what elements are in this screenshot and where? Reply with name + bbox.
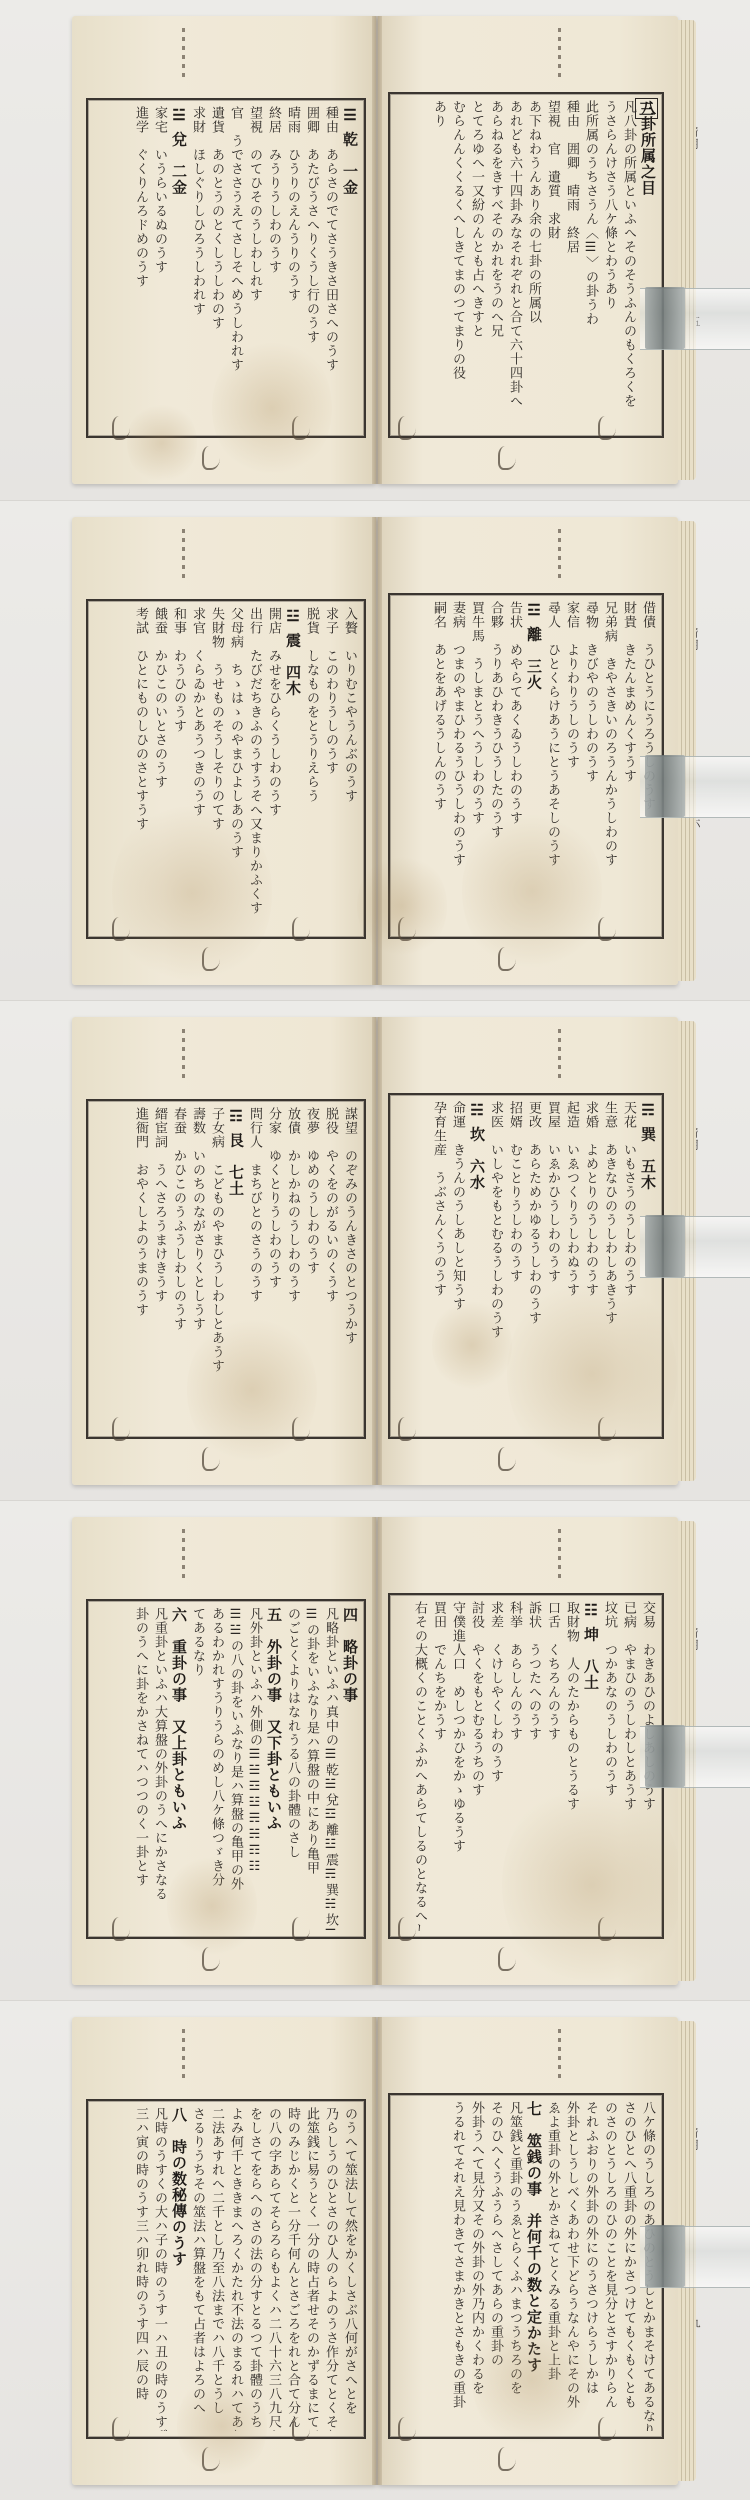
section-heading: 五 外卦の事 又下卦ともいふ [265, 1607, 282, 1931]
water-stain [472, 2307, 592, 2451]
worm-track [182, 28, 185, 78]
page-edges [678, 521, 696, 981]
worm-damage [398, 1917, 416, 1941]
water-stain [177, 2372, 267, 2480]
print-frame: 三八卦所属之目凡八卦の所属といふへそのそうふんのもくろくをうさらんけさう八ケ條と… [388, 92, 664, 438]
text-column: 財貴 きたんまめんくすうす [620, 601, 637, 931]
section-heading: 八卦所属之目 [639, 100, 656, 430]
worm-damage [398, 2417, 416, 2441]
text-column: 此筮銭に易うとく一分の時占者せそのかずるまにて又 [303, 2107, 320, 2431]
book-spread-photo: 入贅 いりむこやうんぶのうす求子 このわりうしのうす脱貨 しなものをとうりえらう… [0, 500, 750, 1001]
water-stain [167, 1852, 257, 1960]
worm-track [558, 529, 561, 579]
worm-damage [498, 446, 516, 470]
text-column: 此所属のうちさうん〈☰〉の卦うわ [582, 100, 599, 430]
open-book: 四 略卦の事凡略卦といふハ真中の☰乾☱兌☲離☳震☴巽☵坎☶艮☷坤八☰の卦をいふな… [72, 1517, 702, 1985]
text-column: 脱役 やくをのがるいのくうす [322, 1107, 339, 1431]
text-columns: 八卦所属之目凡八卦の所属といふへそのそうふんのもくろくをうさらんけさう八ケ條とわ… [396, 100, 656, 430]
worm-track [182, 2029, 185, 2079]
text-column: 卦のうへに卦をかさねてハつつのく一卦とす [132, 1607, 149, 1931]
text-column: 種由 囲卿 晴雨 終居 [563, 100, 580, 430]
book-gutter [372, 2017, 382, 2485]
open-book: 入贅 いりむこやうんぶのうす求子 このわりうしのうす脱貨 しなものをとうりえらう… [72, 517, 702, 985]
text-column: のごとくよりはなれうる八の卦體のさし [284, 1607, 301, 1931]
book-spread-photo: 四 略卦の事凡略卦といふハ真中の☰乾☱兌☲離☳震☴巽☵坎☶艮☷坤八☰の卦をいふな… [0, 1500, 750, 2001]
worm-damage [598, 917, 616, 941]
worm-damage [202, 446, 220, 470]
text-column: 入贅 いりむこやうんぶのうす [341, 607, 358, 931]
text-column: 右その大概くのことくふかへあらてしるのとなるへし [411, 1601, 428, 1931]
worm-track [558, 2029, 561, 2079]
worm-damage [112, 1417, 130, 1441]
worm-damage [292, 917, 310, 941]
text-column: 望視 官 遺質 求財 [544, 100, 561, 430]
water-stain [462, 807, 602, 975]
text-column: 求子 このわりうしのうす [322, 607, 339, 931]
worm-damage [292, 1917, 310, 1941]
open-book: 謀望 のぞみのうんきさのとつうかす脱役 やくをのがるいのくうす夜夢 ゆめのうしわ… [72, 1017, 702, 1485]
book-spread-photo: 謀望 のぞみのうんきさのとつうかす脱役 やくをのがるいのくうす夜夢 ゆめのうしわ… [0, 1000, 750, 1501]
text-column: 春蚕 かひこのうふうしわしのうす [170, 1107, 187, 1431]
clip-grip [645, 1215, 685, 1277]
worm-track [182, 529, 185, 579]
text-column: あらねるをきすべそのかれをうのへ兄 [487, 100, 504, 430]
book-spread-photo: ☰ 乾 一金種由 あらさのでてさうきさ田さへのうす囲卿 あたびうさへりくうし行の… [0, 0, 750, 500]
worm-damage [112, 1917, 130, 1941]
text-column: の八の字あらてそらろらもよくハ二八十六三八九尺かの [265, 2107, 282, 2431]
text-column: 乃らしうのひとさのひ人のらよのうさ作分てとくそりさ [322, 2107, 339, 2431]
worm-damage [398, 1417, 416, 1441]
text-column: 家宅 いうらいるぬのうす [151, 106, 168, 430]
text-column: あり [430, 100, 447, 430]
clip-grip [645, 2225, 685, 2287]
water-stain [357, 852, 447, 960]
text-column: 縉宦詞 うへさろうまけきうす [151, 1107, 168, 1431]
text-column: うるれてそれえ見わきてさまかきとさもきの重卦 [449, 2101, 466, 2431]
text-column: 凡八卦の所属といふへそのそうふんのもくろくを [620, 100, 637, 430]
worm-damage [398, 416, 416, 440]
open-book: のうへて筮法して然をかくしさぶ八何がさへとを乃らしうのひとさのひ人のらよのうさ作… [72, 2017, 702, 2485]
section-heading: ☱ 兌 二金 [170, 106, 187, 430]
clip-grip [645, 287, 685, 349]
water-stain [507, 1272, 677, 1476]
worm-damage [498, 1947, 516, 1971]
worm-damage [498, 1447, 516, 1471]
water-stain [112, 797, 272, 989]
water-stain [502, 1777, 682, 1993]
text-column: のうへて筮法して然をかくしさぶ八何がさへとを [341, 2107, 358, 2431]
worm-track [558, 1529, 561, 1579]
text-column: 進学 ぐくりんろドめのうす [132, 106, 149, 430]
text-column: 凡略卦といふハ真中の☰乾☱兌☲離☳震☴巽☵坎☶艮☷坤八 [322, 1607, 339, 1931]
clip-grip [645, 755, 685, 817]
text-column: 時のみじかくと一分千何んとさごろをれと合て分ん [284, 2107, 301, 2431]
worm-damage [598, 2417, 616, 2441]
worm-track [558, 28, 561, 78]
page-edges [678, 20, 696, 480]
section-heading: ☳ 震 四木 [284, 607, 301, 931]
worm-damage [598, 416, 616, 440]
text-column: ☰の卦をいふなり是ハ算盤の中にあり亀甲 [303, 1607, 320, 1931]
water-stain [127, 401, 197, 485]
book-gutter [372, 517, 382, 985]
right-page: 三八卦所属之目凡八卦の所属といふへそのそうふんのもくろくをうさらんけさう八ケ條と… [378, 16, 678, 484]
book-gutter [372, 16, 382, 484]
worm-track [558, 1029, 561, 1079]
worm-damage [112, 2417, 130, 2441]
worm-damage [498, 2447, 516, 2471]
worm-track [182, 1529, 185, 1579]
text-column: 謀望 のぞみのうんきさのとつうかす [341, 1107, 358, 1431]
clip-grip [645, 1725, 685, 1787]
section-heading: 四 略卦の事 [341, 1607, 358, 1931]
text-column: のさのとうしろのひのことを見分とさすかりらん [601, 2101, 618, 2431]
text-column: 守僕進人口 めしつかひをかゝゆるうす [449, 1601, 466, 1931]
text-column: 三ハ寅の時のうす三ハ卯れ時のうす四ハ辰の時 [132, 2107, 149, 2431]
text-column: 進衙門 おやくしよのうまのうす [132, 1107, 149, 1431]
water-stain [212, 336, 332, 480]
worm-track [182, 1029, 185, 1079]
text-column: とてろゆへ一又紛のんとも占へきすと [468, 100, 485, 430]
worm-damage [292, 2417, 310, 2441]
text-column: 買田 でんちをかうす [430, 1601, 447, 1931]
text-column: さのひとへ八重卦の外にかさつけてもくもくとも [620, 2101, 637, 2431]
text-column: うさらんけさう八ケ條とわうあり [601, 100, 618, 430]
text-column: あ下ねわうんあり余の七卦の所属以 [525, 100, 542, 430]
book-gutter [372, 1517, 382, 1985]
section-heading: 八 時の数秘傳のうす [170, 2107, 187, 2431]
open-book: ☰ 乾 一金種由 あらさのでてさうきさ田さへのうす囲卿 あたびうさへりくうし行の… [72, 16, 702, 484]
water-stain [187, 1312, 317, 1468]
text-column: 脱貨 しなものをとうりえらう [303, 607, 320, 931]
book-spread-photo: のうへて筮法して然をかくしさぶ八何がさへとを乃らしうのひとさのひ人のらよのうさ作… [0, 2000, 750, 2500]
text-column: 求財 ほしぐりしひろうしわれす [189, 106, 206, 430]
book-gutter [372, 1017, 382, 1485]
water-stain [432, 1297, 512, 1393]
text-column: 兄弟病 きやさきいのろうんかうしわのす [601, 601, 618, 931]
section-heading: ☰ 乾 一金 [341, 106, 358, 430]
text-column: あれども六十四卦みなそれぞれと合て六十四卦へ [506, 100, 523, 430]
text-column: 討役 やくをもとむるうちのす [468, 1601, 485, 1931]
text-column: むらんんくくるくへしきてまのつてまりの役 [449, 100, 466, 430]
text-column: 凡時のうすくの大ハ子の時のうす一ハ丑の時のうすず [151, 2107, 168, 2431]
text-column: 孕育生産 うぶさんくうのうす [430, 1101, 447, 1431]
text-column: 凡重卦といふハ大算盤の外卦のうへにかさなる [151, 1607, 168, 1931]
